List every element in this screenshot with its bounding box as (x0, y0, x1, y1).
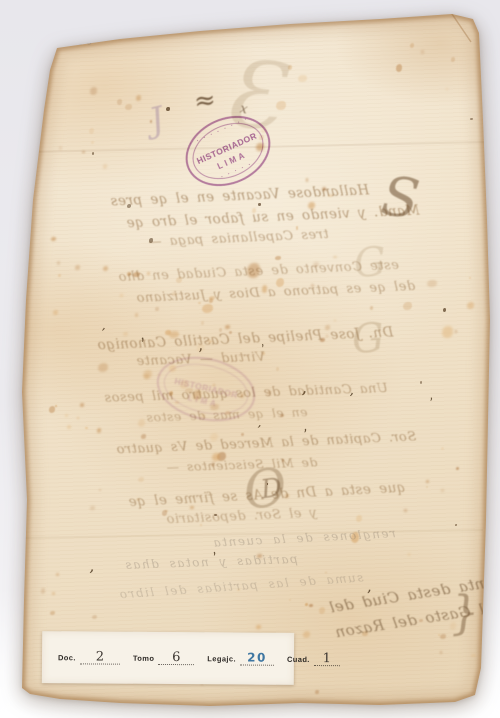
dotted-line: 2 (80, 651, 120, 664)
foxing-spot (127, 204, 131, 208)
foxing-spot (77, 417, 79, 419)
manuscript-paper: ’’’’’’’’’’’’ Hallandose Vacante en el qe… (0, 0, 500, 718)
foxing-spot (229, 331, 232, 335)
bleedthrough-pencil-line: suma de las partidas del libro (118, 570, 364, 601)
stamp-text-lima: LIMA (153, 386, 252, 417)
foxing-spot (256, 143, 263, 151)
foxing-spot (75, 265, 79, 270)
foxing-spot (197, 344, 205, 352)
foxing-spot (141, 434, 145, 438)
foxing-spot (288, 65, 292, 70)
foxing-spot (41, 588, 46, 593)
foxing-spot (55, 405, 57, 407)
dotted-line: 6 (158, 651, 194, 664)
bleedthrough-script-line: Una Cantidad de los quatro mil pesos (104, 381, 388, 406)
foxing-spot (320, 338, 325, 342)
foxing-spot (176, 277, 182, 283)
foxing-spot (162, 510, 168, 516)
foxing-spot (333, 256, 337, 259)
bleedthrough-script-line: y el Sor. depositario (166, 506, 317, 528)
foxing-spot (136, 95, 141, 100)
foxing-spot (120, 294, 123, 298)
bleedthrough-script-line: este Convento de esta Ciudad en dho (118, 258, 399, 285)
foxing-spot (214, 514, 217, 516)
foxing-spot (441, 489, 444, 492)
foxing-spot (133, 272, 140, 278)
label-field-cuad: Cuad.1 (287, 652, 340, 665)
ink-speck: ’ (298, 388, 308, 410)
stamp-outer-ring (150, 348, 261, 431)
foxing-spot (67, 425, 70, 429)
foxing-spot (421, 50, 425, 54)
foxing-spot (276, 367, 279, 371)
foxing-spot (53, 310, 58, 315)
mirrored-text: Sor. Capitan de la Merced de Vs quatro (116, 429, 417, 457)
foxing-spot (470, 118, 473, 120)
foxing-spot (208, 340, 212, 343)
bleedthrough-script-line: Hallandose Vacante en el qe pres (110, 182, 370, 209)
foxing-spot (190, 506, 193, 509)
foxing-spot (166, 107, 170, 112)
mirrored-text: del qe es patrono a Dios y Justiziano (136, 279, 416, 306)
foxing-spot (309, 604, 313, 608)
foxing-spot (138, 419, 145, 427)
pencil-annotation: A610 (56, 34, 95, 48)
mirrored-text: Mand. y viendo en su fabor el dro qe (126, 203, 420, 232)
ink-speck: ’ (346, 391, 354, 408)
foxing-spot (56, 573, 59, 576)
bleedthrough-script-line: que esta a Dn de As se firme el qe (128, 480, 406, 511)
stamp-text-lima: LIMA (190, 139, 274, 183)
foxing-spot (155, 307, 159, 311)
label-field-name: Tomo (133, 653, 155, 664)
foxing-spot (201, 414, 204, 417)
foxing-spot (311, 284, 314, 287)
foxing-spot (419, 619, 423, 623)
photograph-of-document: ’’’’’’’’’’’’ Hallandose Vacante en el qe… (0, 0, 500, 718)
ink-speck: ’ (98, 326, 106, 342)
bleedthrough-script-line: en el qe mas de estos (146, 404, 308, 425)
foxing-spot (450, 622, 457, 630)
stamp-text-historiador: HISTORIADOR (185, 126, 269, 171)
bleedthrough-script-line: de Mil Seiscientos — (166, 454, 318, 474)
foxing-spot (49, 406, 56, 413)
foxing-spot (169, 365, 176, 373)
foxing-spot (256, 625, 261, 630)
foxing-spot (225, 411, 230, 415)
foxing-spot (217, 452, 226, 461)
foxing-spot (99, 489, 101, 491)
bleedthrough-pencil-line: partidas y notas dhas (124, 552, 298, 572)
foxing-spot (441, 447, 444, 450)
foxing-spot (370, 306, 374, 310)
foxing-spot (200, 524, 203, 527)
foxing-spot (396, 64, 402, 71)
ink-speck: ’ (303, 427, 310, 444)
foxing-spot (261, 127, 267, 133)
mirrored-text: que esta a Dn de As se firme el qe (128, 480, 406, 511)
stamp-outer-ring (174, 103, 281, 199)
foxing-spot (257, 554, 263, 558)
foxing-spot (258, 203, 260, 206)
foxing-spot (356, 515, 362, 522)
foxing-spot (427, 280, 437, 287)
foxing-spot (136, 498, 140, 501)
foxing-spot (80, 403, 84, 407)
ink-flourish: O (241, 458, 290, 522)
label-field-value: 20 (247, 651, 267, 664)
foxing-spot (150, 120, 152, 123)
ink-flourish: G (350, 315, 385, 363)
foxing-spot (262, 352, 265, 355)
foxing-spot (158, 374, 161, 376)
foxing-spot (165, 510, 168, 512)
foxing-spot (219, 328, 223, 332)
foxing-spot (57, 261, 60, 265)
mirrored-text: en el qe mas de estos (146, 404, 308, 425)
label-field-value: 6 (172, 651, 180, 664)
foxing-spot (125, 104, 132, 110)
foxing-spot (92, 152, 94, 155)
mirrored-text: Virtud — Vacante (136, 350, 265, 369)
foxing-spot (97, 428, 101, 433)
foxing-spot (209, 298, 214, 303)
foxing-spot (469, 277, 471, 279)
foxing-spot (50, 611, 55, 615)
ink-speck: ’ (365, 586, 372, 605)
foxing-spot (212, 453, 220, 461)
foxing-spot (289, 599, 291, 601)
foxing-spot (117, 99, 122, 104)
ink-speck: ’ (86, 566, 95, 586)
foxing-spot (82, 151, 85, 154)
foxing-spot (58, 274, 61, 277)
archive-label: Doc.2Tomo6Legajc.20Cuad.1 (42, 631, 294, 685)
bleedthrough-script-line: Sor. Capitan de la Merced de Vs quatro (116, 429, 417, 457)
foxing-spot (362, 631, 368, 637)
foxing-spot (210, 404, 218, 410)
foxing-spot (337, 607, 340, 609)
label-field-name: Legajc. (207, 654, 236, 665)
foxing-spot (144, 374, 149, 378)
ink-flourish: S (378, 164, 423, 232)
foxing-spot (147, 272, 150, 275)
foxing-spot (92, 615, 97, 619)
foxing-spot (451, 57, 455, 61)
foxing-spot (308, 202, 315, 209)
foxing-spot (325, 325, 330, 330)
foxing-spot (420, 381, 422, 384)
stamp-inner-ring (159, 356, 254, 422)
foxing-spot (313, 262, 319, 267)
foxing-spot (426, 480, 429, 483)
paper-shadow-wrap: ’’’’’’’’’’’’ Hallandose Vacante en el qe… (0, 0, 500, 718)
foxing-spot (276, 101, 285, 111)
foxing-spot (408, 553, 410, 556)
foxing-spot (334, 320, 336, 322)
label-field-value: 1 (323, 652, 331, 665)
foxing-spot (471, 654, 476, 658)
foxing-spot (440, 651, 442, 654)
foxing-spot (201, 321, 204, 325)
foxing-spot (138, 477, 144, 482)
foxing-spot (305, 603, 308, 606)
foxing-spot (403, 302, 412, 311)
foxing-spot (52, 592, 56, 595)
bleedthrough-script-line: Mand. y viendo en su fabor el dro qe (126, 203, 420, 232)
bleedthrough-script-line: el Gasto del Razon (334, 599, 495, 642)
foxing-spot (193, 390, 202, 400)
foxing-spot (467, 302, 473, 308)
ink-speck: ’ (138, 334, 151, 353)
mirrored-text: Una Cantidad de los quatro mil pesos (104, 381, 388, 406)
ink-flourish: J (145, 99, 168, 141)
foxing-spot (90, 87, 96, 95)
foxing-spot (241, 433, 244, 437)
foxing-spot (275, 256, 281, 260)
mirrored-text: renglones de la cuenta (212, 526, 396, 550)
foxing-spot (103, 164, 107, 169)
bleedthrough-script-line: Dn. Jose Phelipe del Castillo Canonigo (97, 325, 394, 354)
foxing-spot (280, 414, 283, 417)
mirrored-text: suma de las partidas del libro (118, 570, 364, 601)
foxing-spot (91, 141, 94, 144)
foxing-spot (169, 331, 179, 339)
foxing-spot (98, 363, 108, 371)
foxing-spot (404, 509, 407, 512)
foxing-spot (59, 146, 63, 150)
foxing-spot (185, 388, 193, 394)
foxing-spot (90, 506, 95, 510)
ink-flourish: Ɛ (220, 40, 285, 151)
ink-speck: ’ (211, 550, 221, 567)
foxing-spot (103, 266, 108, 272)
label-field-value: 2 (96, 650, 104, 663)
foxing-spot (225, 325, 230, 330)
foxing-spot (326, 335, 328, 337)
foxing-spot (328, 194, 332, 197)
bleedthrough-script-line: tres Capellanias paga — (148, 227, 329, 250)
ink-flourish: x (239, 101, 249, 117)
foxing-spot (267, 483, 269, 485)
mirrored-text: de Mil Seiscientos — (166, 454, 318, 474)
ink-flourish: D (259, 473, 284, 506)
ink-speck: ’ (254, 422, 263, 437)
foxing-spot (466, 615, 468, 617)
bleedthrough-pencil-line: renglones de la cuenta (212, 526, 396, 550)
foxing-spot (172, 292, 176, 295)
foxing-spot (322, 187, 326, 190)
dotted-line: 1 (314, 653, 340, 666)
foxing-spot (169, 391, 174, 396)
label-field-doc: Doc.2 (58, 651, 120, 664)
foxing-spot (276, 278, 284, 286)
foxing-spot (198, 302, 200, 304)
label-field-name: Cuad. (287, 654, 310, 665)
foxing-spot (123, 332, 127, 336)
foxing-spot (211, 462, 215, 466)
stamp-ring-bottom-text: ∙ · ∙ · ∙ (196, 150, 279, 191)
foxing-spot (237, 589, 240, 591)
mirrored-text: Cuenta desta Ciud del (328, 569, 500, 616)
mirrored-text: tres Capellanias paga — (148, 227, 329, 250)
foxing-spot (319, 607, 325, 615)
archive-stamp-primary: · ∙ · ∙ · ∙ · ∙ · HISTORIADOR LIMA ∙ · ∙… (174, 103, 281, 199)
ink-flourish: ≈ (192, 85, 217, 117)
mirrored-text: este Convento de esta Ciudad en dho (118, 258, 399, 285)
foxing-spot (89, 128, 94, 133)
mirrored-text: partidas y notas dhas (124, 552, 298, 572)
foxing-spot (296, 226, 299, 229)
foxing-spot (440, 634, 446, 640)
foxing-spot (135, 313, 138, 317)
foxing-spot (456, 467, 459, 470)
foxing-spot (455, 330, 457, 333)
foxing-spot (315, 690, 319, 694)
archive-stamp-secondary-bleed: HISTORIADOR LIMA (150, 348, 261, 431)
dotted-line: 20 (240, 652, 274, 665)
foxing-spot (438, 634, 440, 636)
bleedthrough-script-line: Cuenta desta Ciud del (328, 569, 500, 616)
ink-flourish: } (448, 584, 481, 640)
foxing-spot (259, 135, 264, 141)
foxing-spot (267, 390, 272, 396)
foxing-spot (252, 208, 256, 213)
ink-speck: ’ (198, 345, 204, 364)
stamp-ring-top-text: · ∙ · ∙ · ∙ · ∙ · (178, 111, 261, 152)
foxing-spot (442, 326, 452, 338)
foxing-spot (65, 414, 68, 417)
foxing-spot (143, 370, 152, 379)
foxing-spot (127, 272, 131, 275)
mirrored-text: Dn. Jose Phelipe del Castillo Canonigo (97, 325, 394, 354)
foxing-spot (285, 494, 289, 498)
foxing-spot (410, 43, 414, 48)
foxing-spot (180, 380, 188, 389)
foxing-spot (229, 393, 231, 396)
foxing-spot (51, 237, 55, 241)
foxing-spot (262, 285, 268, 292)
foxing-spot (303, 631, 310, 637)
foxing-spot (209, 296, 215, 300)
mirrored-text: el Gasto del Razon (334, 599, 495, 642)
foxing-spot (325, 572, 327, 574)
ink-speck: ’ (259, 341, 269, 356)
foxing-spot (446, 88, 448, 90)
paper-edge-rim (0, 0, 500, 718)
mirrored-text: Hallandose Vacante en el qe pres (110, 182, 370, 209)
foxing-spot (306, 178, 309, 182)
foxing-spot (202, 304, 213, 313)
bleedthrough-script-line: Virtud — Vacante (136, 350, 265, 369)
stamp-inner-ring (184, 112, 273, 190)
stamp-text-historiador: HISTORIADOR (156, 372, 256, 404)
foxing-spot (351, 532, 359, 542)
foxing-spot (282, 459, 285, 462)
foxing-spot (149, 238, 153, 242)
foxing-spot (240, 393, 244, 398)
foxing-spot (85, 427, 87, 429)
label-field-name: Doc. (58, 653, 76, 664)
foxing-spot (165, 330, 171, 335)
foxing-spot (210, 433, 218, 441)
ink-speck: ’ (429, 396, 436, 412)
foxing-spot (298, 75, 306, 83)
foxing-spot (247, 263, 260, 278)
foxing-spot (213, 384, 215, 386)
foxing-spot (426, 486, 429, 488)
bleedthrough-script-line: del qe es patrono a Dios y Justiziano (136, 279, 416, 306)
ink-flourish: G (352, 239, 387, 287)
foxing-spot (443, 308, 446, 312)
foxing-spot (455, 524, 457, 526)
foxing-spot (175, 401, 179, 404)
label-field-legajc: Legajc.20 (207, 652, 274, 665)
mirrored-text: y el Sor. depositario (166, 506, 317, 528)
label-field-tomo: Tomo6 (133, 651, 195, 664)
